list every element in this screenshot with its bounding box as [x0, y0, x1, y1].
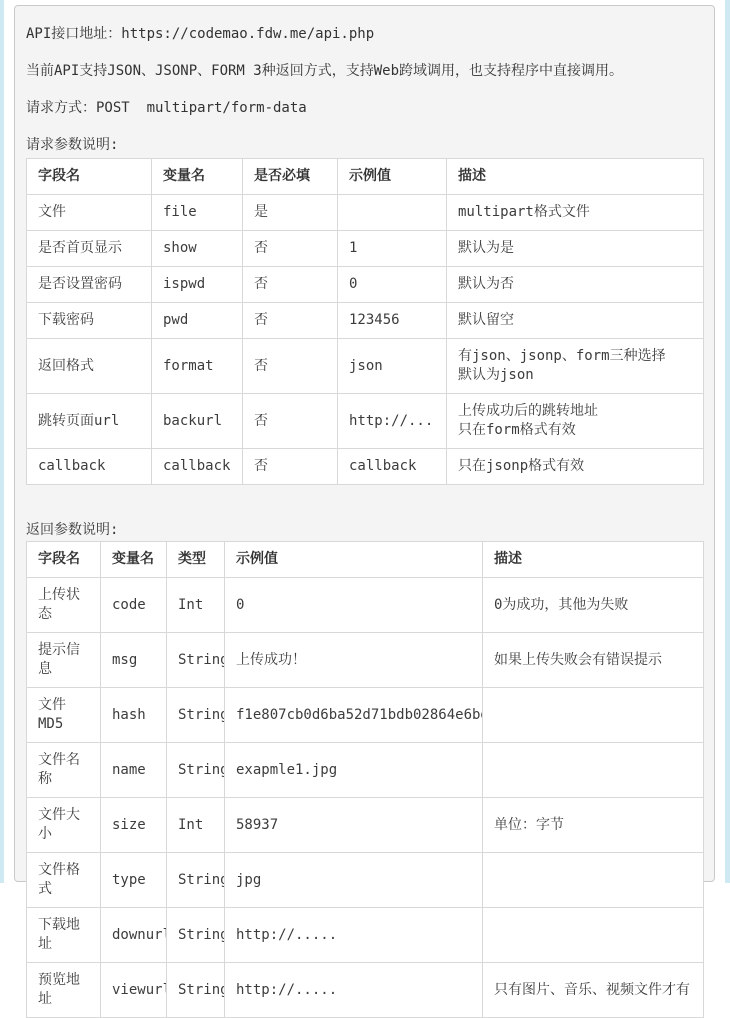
table-cell [483, 688, 704, 743]
table-cell: 上传成功！ [225, 633, 483, 688]
table-row: 文件格式typeStringjpg [27, 853, 704, 884]
table-row: 下载密码pwd否123456默认留空 [27, 303, 704, 339]
request-params-label: 请求参数说明: [26, 135, 704, 155]
request-method-line: 请求方式：POST multipart/form-data [26, 98, 704, 118]
table-cell: 下载密码 [27, 303, 152, 339]
table-cell: 有json、jsonp、form三种选择 默认为json [447, 339, 704, 394]
table-cell: 否 [243, 303, 338, 339]
table-cell: 文件MD5 [27, 688, 101, 743]
table-cell: 提示信息 [27, 633, 101, 688]
table-cell [483, 743, 704, 798]
column-header: 变量名 [152, 159, 243, 195]
request-params-table: 字段名变量名是否必填示例值描述文件file是multipart格式文件是否首页显… [26, 158, 704, 485]
column-header: 变量名 [101, 542, 167, 578]
table-cell: backurl [152, 394, 243, 449]
table-cell: 否 [243, 339, 338, 394]
table-cell: json [338, 339, 447, 394]
table-cell: 是 [243, 195, 338, 231]
table-cell: format [152, 339, 243, 394]
table-cell [483, 853, 704, 884]
api-support-line: 当前API支持JSON、JSONP、FORM 3种返回方式，支持Web跨域调用，… [26, 61, 704, 81]
table-cell: msg [101, 633, 167, 688]
table-cell: hash [101, 688, 167, 743]
table-cell: file [152, 195, 243, 231]
page-left-border [0, 0, 4, 883]
column-header: 字段名 [27, 542, 101, 578]
table-cell: 0 [338, 267, 447, 303]
table-cell: String [167, 688, 225, 743]
column-header: 示例值 [338, 159, 447, 195]
table-cell: 只在jsonp格式有效 [447, 449, 704, 485]
table-cell: type [101, 853, 167, 884]
table-cell: 如果上传失败会有错误提示 [483, 633, 704, 688]
table-row: 是否设置密码ispwd否0默认为否 [27, 267, 704, 303]
table-cell: callback [152, 449, 243, 485]
table-header-row: 字段名变量名是否必填示例值描述 [27, 159, 704, 195]
table-cell: exapmle1.jpg [225, 743, 483, 798]
table-row: 文件MD5hashStringf1e807cb0d6ba52d71bdb0286… [27, 688, 704, 743]
table-cell: 是否设置密码 [27, 267, 152, 303]
page-right-border [725, 0, 730, 883]
table-cell [338, 195, 447, 231]
table-cell: 文件大小 [27, 798, 101, 853]
table-row: 跳转页面urlbackurl否http://...上传成功后的跳转地址 只在fo… [27, 394, 704, 449]
table-cell: String [167, 743, 225, 798]
table-cell: ispwd [152, 267, 243, 303]
table-cell: callback [27, 449, 152, 485]
table-cell: show [152, 231, 243, 267]
table-cell: 否 [243, 231, 338, 267]
api-endpoint-line: API接口地址：https://codemao.fdw.me/api.php [26, 24, 704, 44]
table-cell: 文件 [27, 195, 152, 231]
column-header: 字段名 [27, 159, 152, 195]
table-cell: f1e807cb0d6ba52d71bdb02864e6bda8 [225, 688, 483, 743]
table-row: 文件file是multipart格式文件 [27, 195, 704, 231]
table-cell: String [167, 853, 225, 884]
table-row: 是否首页显示show否1默认为是 [27, 231, 704, 267]
table-cell: 123456 [338, 303, 447, 339]
column-header: 描述 [483, 542, 704, 578]
table-cell: name [101, 743, 167, 798]
table-cell: 是否首页显示 [27, 231, 152, 267]
table-cell: 0为成功，其他为失败 [483, 578, 704, 633]
table-cell: 58937 [225, 798, 483, 853]
response-params-label: 返回参数说明: [26, 520, 704, 540]
table-cell: 默认为否 [447, 267, 704, 303]
table-row: 文件大小sizeInt58937单位：字节 [27, 798, 704, 853]
column-header: 描述 [447, 159, 704, 195]
column-header: 类型 [167, 542, 225, 578]
table-cell: 否 [243, 267, 338, 303]
table-cell: code [101, 578, 167, 633]
table-cell: http://... [338, 394, 447, 449]
table-cell: 文件格式 [27, 853, 101, 884]
table-row: 文件名称nameStringexapmle1.jpg [27, 743, 704, 798]
table-cell: 否 [243, 449, 338, 485]
table-row: 提示信息msgString上传成功！如果上传失败会有错误提示 [27, 633, 704, 688]
table-cell: callback [338, 449, 447, 485]
table-cell: jpg [225, 853, 483, 884]
table-cell: 跳转页面url [27, 394, 152, 449]
table-cell: 1 [338, 231, 447, 267]
table-header-row: 字段名变量名类型示例值描述 [27, 542, 704, 578]
table-cell: 单位：字节 [483, 798, 704, 853]
table-row: 上传状态codeInt00为成功，其他为失败 [27, 578, 704, 633]
table-row: 返回格式format否json有json、jsonp、form三种选择 默认为j… [27, 339, 704, 394]
table-cell: multipart格式文件 [447, 195, 704, 231]
api-doc-panel: API接口地址：https://codemao.fdw.me/api.php 当… [14, 5, 715, 882]
table-cell: 默认为是 [447, 231, 704, 267]
table-cell: 文件名称 [27, 743, 101, 798]
table-cell: Int [167, 798, 225, 853]
table-row: callbackcallback否callback只在jsonp格式有效 [27, 449, 704, 485]
table-cell: Int [167, 578, 225, 633]
column-header: 是否必填 [243, 159, 338, 195]
table-cell: 上传成功后的跳转地址 只在form格式有效 [447, 394, 704, 449]
table-cell: 否 [243, 394, 338, 449]
column-header: 示例值 [225, 542, 483, 578]
table-cell: 0 [225, 578, 483, 633]
table-cell: pwd [152, 303, 243, 339]
table-cell: 返回格式 [27, 339, 152, 394]
table-cell: size [101, 798, 167, 853]
table-cell: 上传状态 [27, 578, 101, 633]
table-cell: 默认留空 [447, 303, 704, 339]
table-cell: String [167, 633, 225, 688]
response-params-table: 字段名变量名类型示例值描述上传状态codeInt00为成功，其他为失败提示信息m… [26, 541, 704, 883]
